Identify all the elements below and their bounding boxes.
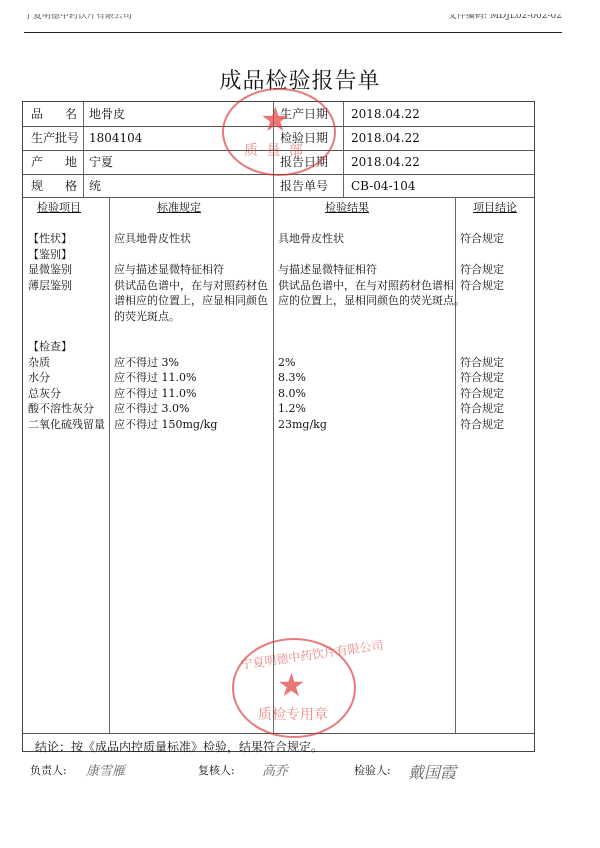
row-a-result	[278, 247, 465, 263]
label-test-date: 检验日期	[280, 131, 328, 145]
row-b-result: 23mg/kg	[278, 417, 327, 433]
row-b-conclusion: 符合规定	[460, 401, 504, 417]
column-header-standard: 标准规定	[157, 201, 201, 215]
row-a-result: 供试品色谱中，在与对照药材色谱相	[278, 278, 465, 294]
reviewer-signature: 高乔	[262, 760, 288, 779]
row-b-item: 酸不溶性灰分	[28, 401, 105, 417]
inspector-label: 检验人:	[354, 762, 391, 778]
row-a-conclusion: 符合规定	[460, 278, 504, 294]
row-b-item: 水分	[28, 370, 105, 386]
section-b-items: 【检查】杂质水分总灰分酸不溶性灰分二氧化硫残留量	[28, 339, 105, 432]
section-a-standards: 应具地骨皮性状应与描述显微特征相符供试品色谱中，在与对照药材色谱相应的位置上，应…	[114, 231, 268, 324]
row-a-conclusion	[460, 309, 504, 325]
row-a-result	[278, 309, 465, 325]
row-a-standard: 应具地骨皮性状	[114, 231, 268, 247]
report-date-value: 2018.04.22	[351, 155, 420, 169]
row-b-conclusion: 符合规定	[460, 417, 504, 433]
row-a-conclusion: 符合规定	[460, 231, 504, 247]
production-date-value: 2018.04.22	[351, 107, 420, 121]
responsible-signature: 康雪雁	[86, 760, 125, 779]
label-origin: 产地	[31, 155, 77, 169]
report-table: 品名 地骨皮 生产批号 1804104 产地 宁夏 规格 统 生产日期 2018…	[22, 101, 535, 752]
inspector-signature: 戴国霞	[408, 760, 456, 783]
row-b-item: 【检查】	[28, 339, 105, 355]
batch-value: 1804104	[89, 131, 142, 145]
conclusion-text: 结论：按《成品内控质量标准》检验，结果符合规定。	[35, 738, 323, 755]
row-a-standard: 应与描述显微特征相符	[114, 262, 268, 278]
section-a-results: 具地骨皮性状与描述显微特征相符供试品色谱中，在与对照药材色谱相应的位置上，显相同…	[278, 231, 465, 324]
product-name-value: 地骨皮	[89, 107, 125, 121]
row-b-standard: 应不得过 11.0%	[114, 386, 217, 402]
row-a-result: 应的位置上，显相同颜色的荧光斑点。	[278, 293, 465, 309]
row-b-standard: 应不得过 150mg/kg	[114, 417, 217, 433]
row-b-item: 二氧化硫残留量	[28, 417, 105, 433]
row-b-item: 杂质	[28, 355, 105, 371]
section-a-items: 【性状】【鉴别】显微鉴别薄层鉴别	[28, 231, 72, 324]
row-a-item: 【性状】	[28, 231, 72, 247]
row-a-standard: 供试品色谱中，在与对照药材色	[114, 278, 268, 294]
row-b-conclusion: 符合规定	[460, 370, 504, 386]
label-product-name: 品名	[31, 107, 77, 121]
label-report-date: 报告日期	[280, 155, 328, 169]
label-batch: 生产批号	[31, 131, 79, 145]
row-b-conclusion: 符合规定	[460, 386, 504, 402]
label-production-date: 生产日期	[280, 107, 328, 121]
report-title: 成品检验报告单	[0, 64, 600, 95]
row-b-standard	[114, 339, 217, 355]
test-date-value: 2018.04.22	[351, 131, 420, 145]
responsible-label: 负责人:	[30, 762, 67, 778]
row-b-standard: 应不得过 3.0%	[114, 401, 217, 417]
section-b-conclusions: 符合规定符合规定符合规定符合规定符合规定	[460, 339, 504, 432]
row-a-item: 薄层鉴别	[28, 278, 72, 294]
label-spec: 规格	[31, 179, 77, 193]
row-b-result: 1.2%	[278, 401, 327, 417]
row-a-conclusion	[460, 293, 504, 309]
row-a-item: 显微鉴别	[28, 262, 72, 278]
section-a-conclusions: 符合规定符合规定符合规定	[460, 231, 504, 324]
column-header-result: 检验结果	[325, 201, 369, 215]
row-a-conclusion: 符合规定	[460, 262, 504, 278]
row-a-standard: 的荧光斑点。	[114, 309, 268, 325]
company-name: 宁夏明德中药饮片有限公司	[24, 14, 132, 21]
row-b-standard: 应不得过 3%	[114, 355, 217, 371]
section-b-standards: 应不得过 3%应不得过 11.0%应不得过 11.0%应不得过 3.0%应不得过…	[114, 339, 217, 432]
reviewer-label: 复核人:	[198, 762, 235, 778]
label-report-number: 报告单号	[280, 179, 328, 193]
row-a-item	[28, 293, 72, 309]
row-a-standard	[114, 247, 268, 263]
row-b-result: 2%	[278, 355, 327, 371]
page-header: 宁夏明德中药饮片有限公司 文件编码: MDJL02-002-02	[24, 14, 562, 33]
row-b-item: 总灰分	[28, 386, 105, 402]
origin-value: 宁夏	[89, 155, 113, 169]
section-b-results: 2%8.3%8.0%1.2%23mg/kg	[278, 339, 327, 432]
row-a-standard: 谱相应的位置上，应显相同颜色	[114, 293, 268, 309]
row-b-result	[278, 339, 327, 355]
row-a-item: 【鉴别】	[28, 247, 72, 263]
row-a-result: 具地骨皮性状	[278, 231, 465, 247]
column-header-conclusion: 项目结论	[473, 201, 517, 215]
row-b-result: 8.3%	[278, 370, 327, 386]
report-number-value: CB-04-104	[351, 179, 416, 193]
row-b-result: 8.0%	[278, 386, 327, 402]
row-a-item	[28, 309, 72, 325]
row-b-conclusion: 符合规定	[460, 355, 504, 371]
row-b-conclusion	[460, 339, 504, 355]
spec-value: 统	[89, 179, 101, 193]
row-b-standard: 应不得过 11.0%	[114, 370, 217, 386]
row-a-conclusion	[460, 247, 504, 263]
row-a-result: 与描述显微特征相符	[278, 262, 465, 278]
document-code: 文件编码: MDJL02-002-02	[448, 14, 562, 21]
column-header-item: 检验项目	[37, 201, 81, 215]
